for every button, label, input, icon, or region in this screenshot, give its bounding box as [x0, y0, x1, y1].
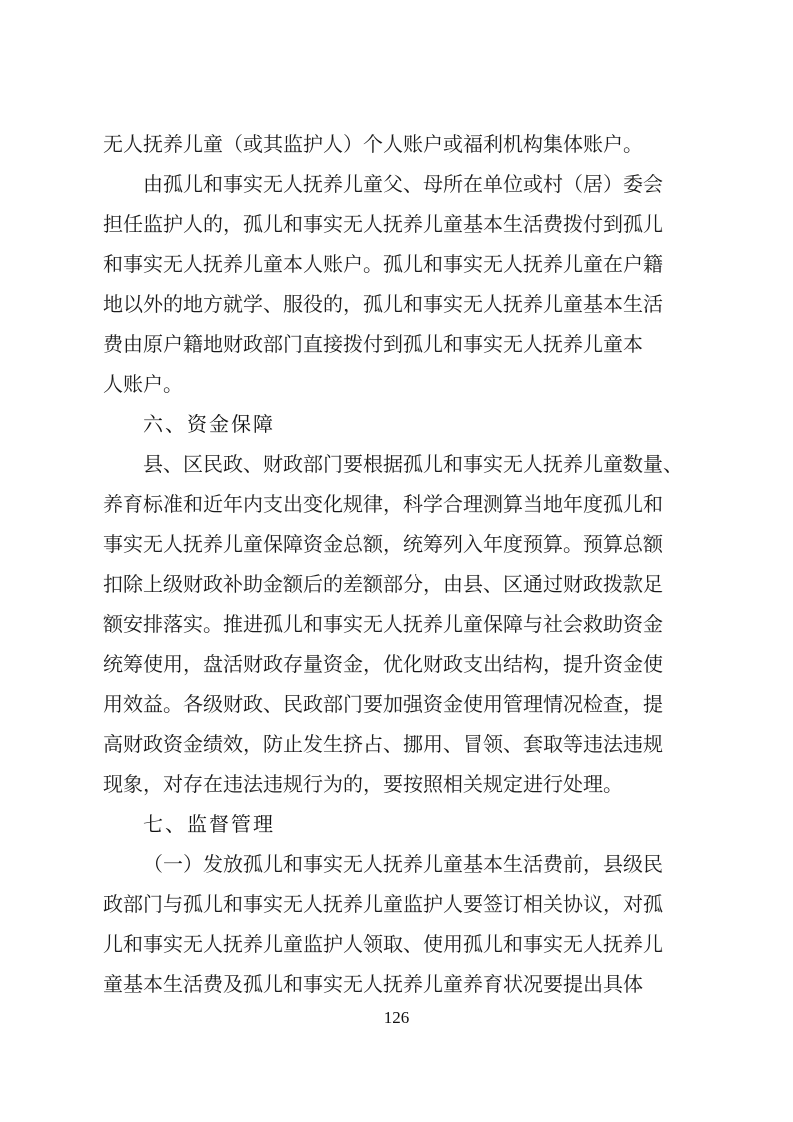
document-body: 无人抚养儿童（或其监护人）个人账户或福利机构集体账户。 由孤儿和事实无人抚养儿童… [103, 124, 691, 1004]
paragraph-start: 由孤儿和事实无人抚养儿童父、母所在单位或村（居）委会 [103, 164, 691, 204]
text-line: 担任监护人的，孤儿和事实无人抚养儿童基本生活费拨付到孤儿 [103, 204, 691, 244]
text-line: 额安排落实。推进孤儿和事实无人抚养儿童保障与社会救助资金 [103, 604, 691, 644]
text-line: 和事实无人抚养儿童本人账户。孤儿和事实无人抚养儿童在户籍 [103, 244, 691, 284]
text-line: 高财政资金绩效，防止发生挤占、挪用、冒领、套取等违法违规 [103, 724, 691, 764]
text-line: 现象，对存在违法违规行为的，要按照相关规定进行处理。 [103, 764, 691, 804]
text-line: 无人抚养儿童（或其监护人）个人账户或福利机构集体账户。 [103, 124, 691, 164]
paragraph-start: 县、区民政、财政部门要根据孤儿和事实无人抚养儿童数量、 [103, 444, 691, 484]
section-heading-supervision: 七、监督管理 [103, 804, 691, 844]
text-line: 扣除上级财政补助金额后的差额部分，由县、区通过财政拨款足 [103, 564, 691, 604]
text-line: 事实无人抚养儿童保障资金总额，统筹列入年度预算。预算总额 [103, 524, 691, 564]
text-line: 政部门与孤儿和事实无人抚养儿童监护人要签订相关协议，对孤 [103, 884, 691, 924]
text-line: 地以外的地方就学、服役的，孤儿和事实无人抚养儿童基本生活 [103, 284, 691, 324]
page-number: 126 [0, 1008, 793, 1028]
text-line: 费由原户籍地财政部门直接拨付到孤儿和事实无人抚养儿童本 [103, 324, 691, 364]
text-line: 用效益。各级财政、民政部门要加强资金使用管理情况检查，提 [103, 684, 691, 724]
text-line: 人账户。 [103, 364, 691, 404]
text-line: 养育标准和近年内支出变化规律，科学合理测算当地年度孤儿和 [103, 484, 691, 524]
section-heading-funding: 六、资金保障 [103, 404, 691, 444]
paragraph-start: （一）发放孤儿和事实无人抚养儿童基本生活费前，县级民 [103, 844, 691, 884]
text-line: 童基本生活费及孤儿和事实无人抚养儿童养育状况要提出具体 [103, 964, 691, 1004]
text-line: 儿和事实无人抚养儿童监护人领取、使用孤儿和事实无人抚养儿 [103, 924, 691, 964]
text-line: 统筹使用，盘活财政存量资金，优化财政支出结构，提升资金使 [103, 644, 691, 684]
